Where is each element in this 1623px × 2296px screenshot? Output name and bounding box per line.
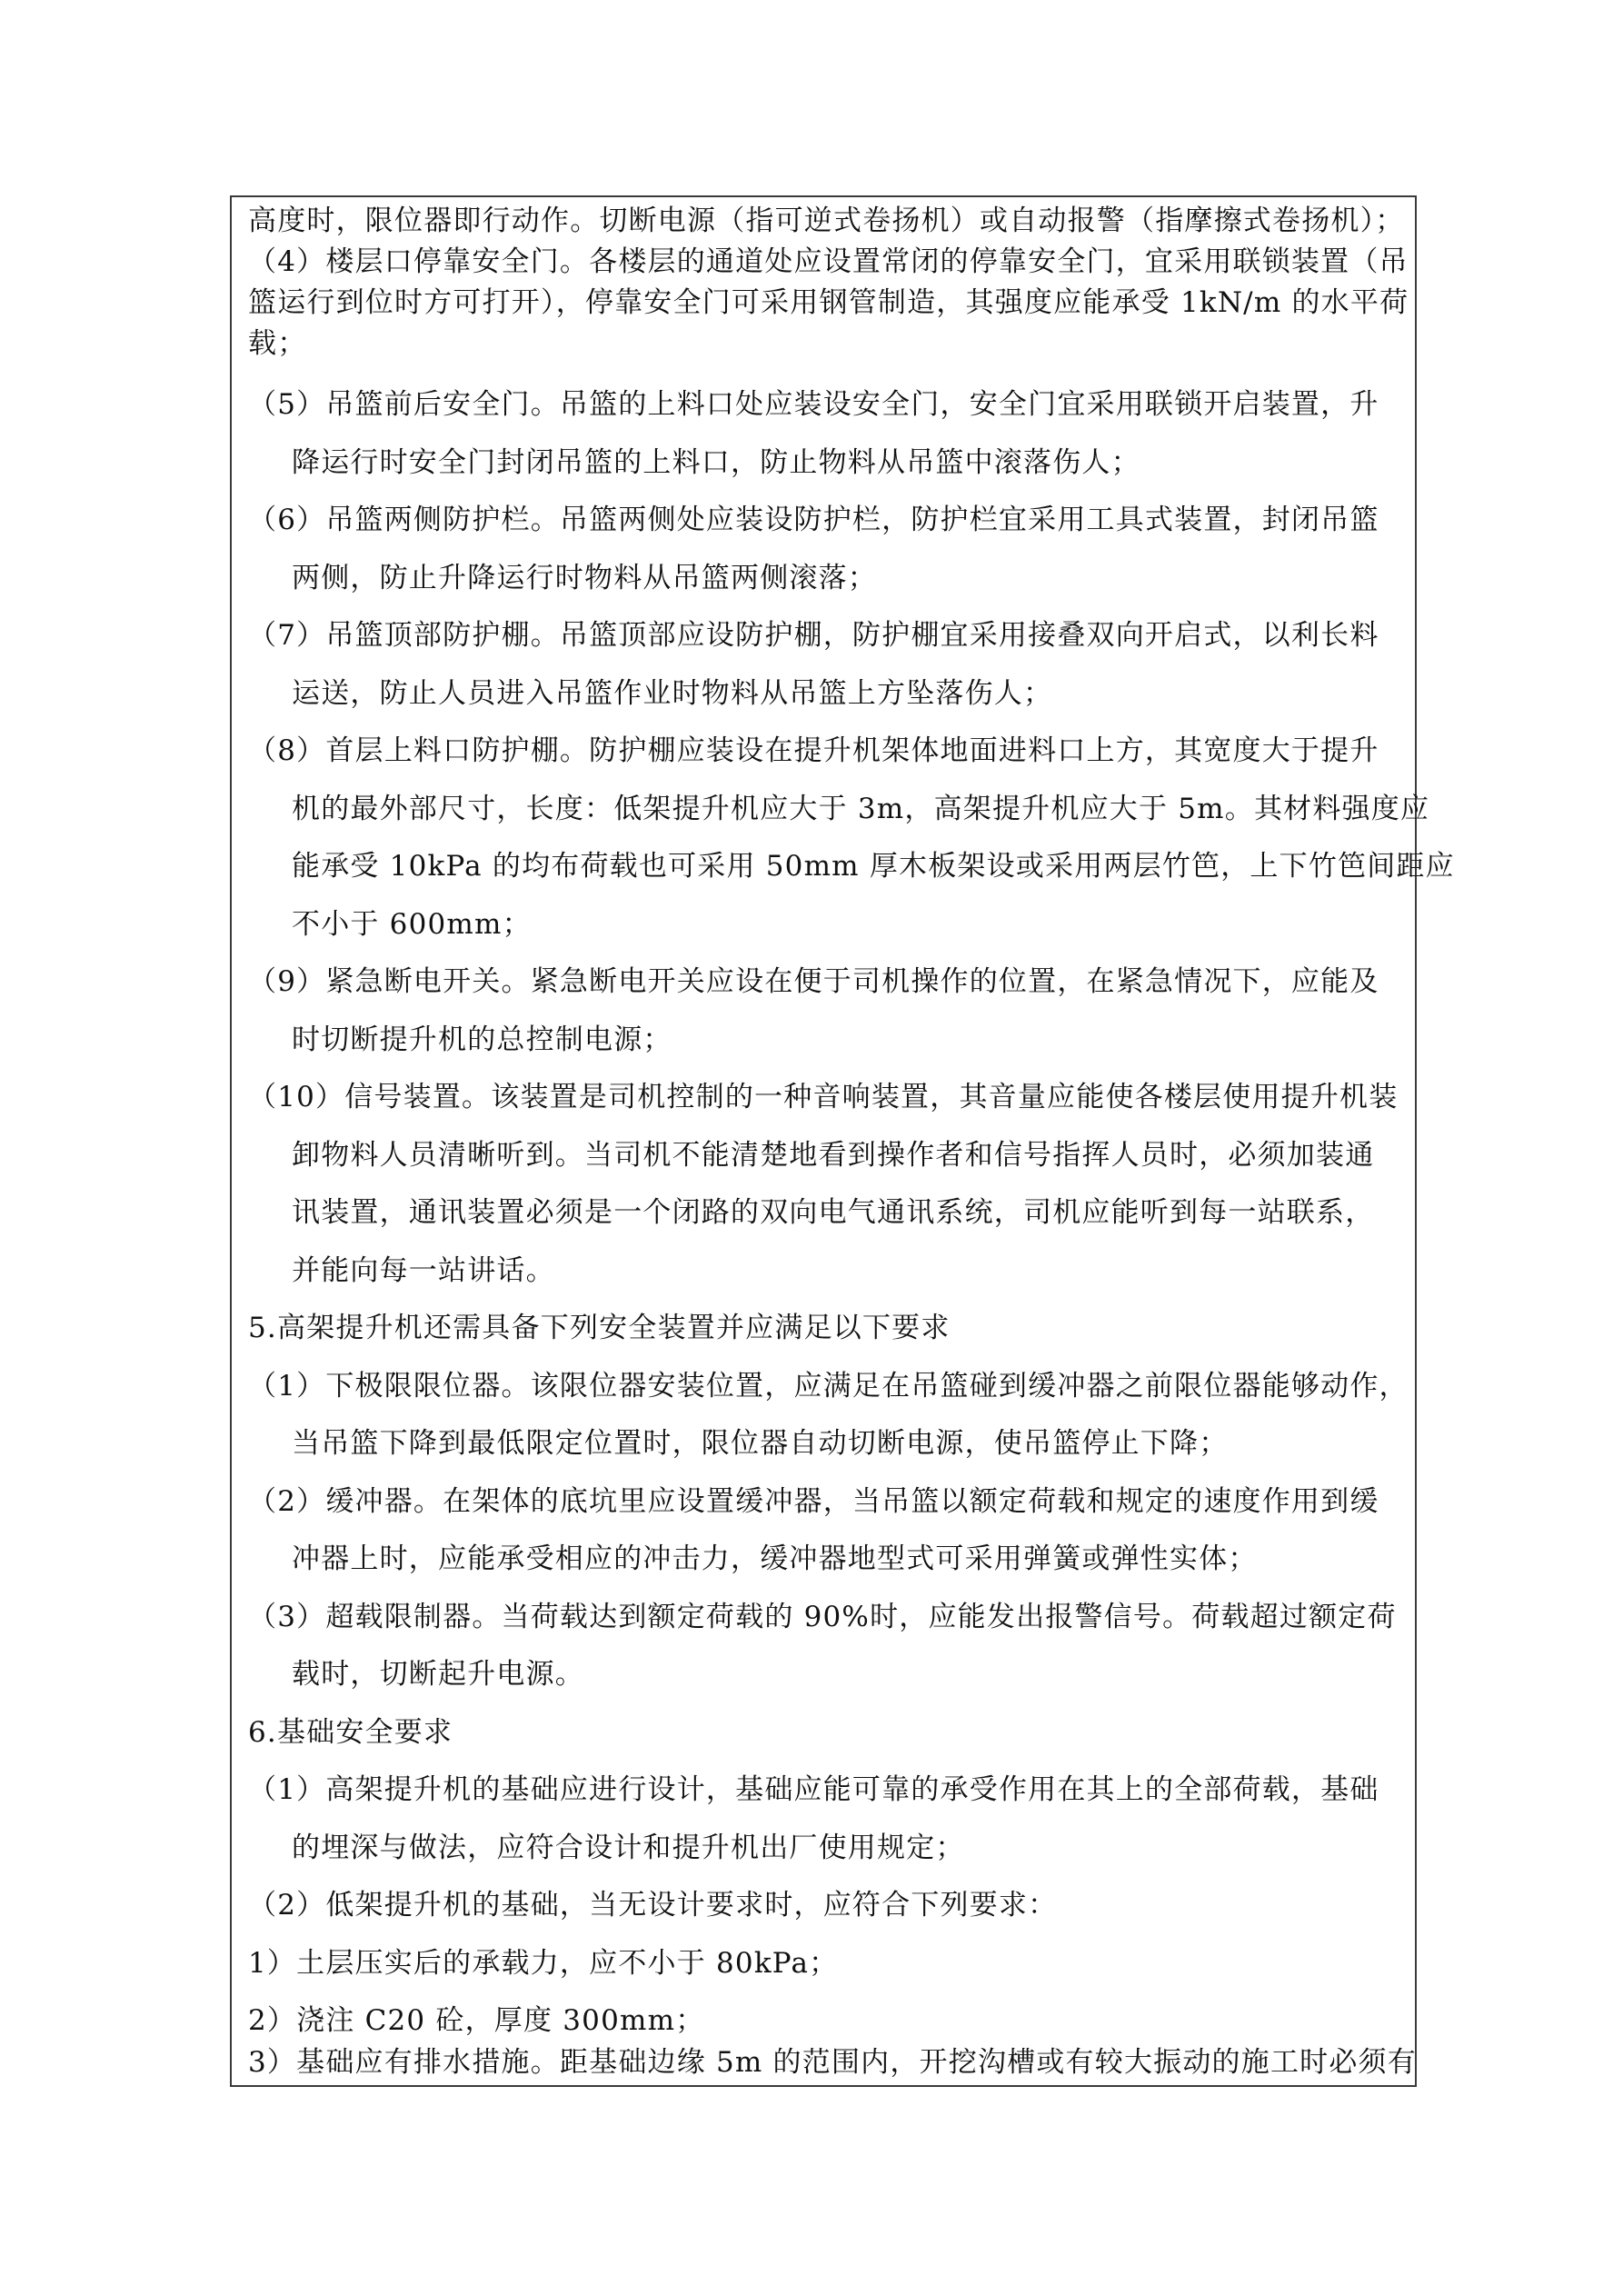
subitem-3-drainage: 3）基础应有排水措施。距基础边缘 5m 的范围内，开挖沟槽或有较大振动的施工时必… [248, 2044, 1417, 2081]
subitem-2-concrete: 2）浇注 C20 砼，厚度 300mm； [248, 2002, 704, 2039]
text-line: 的埋深与做法，应符合设计和提升机出厂使用规定； [292, 1830, 965, 1866]
item-1-lower-limit: （1）下极限限位器。该限位器安装位置，应满足在吊篮碰到缓冲器之前限位器能够动作， [248, 1368, 1409, 1404]
item-4-floor-door: （4）楼层口停靠安全门。各楼层的通道处应设置常闭的停靠安全门，宜采用联锁装置（吊 [248, 244, 1409, 280]
item-1-high-frame-foundation: （1）高架提升机的基础应进行设计，基础应能可靠的承受作用在其上的全部荷载，基础 [248, 1772, 1379, 1808]
text-line: 两侧，防止升降运行时物料从吊篮两侧滚落； [292, 560, 877, 596]
item-6-side-rails: （6）吊篮两侧防护栏。吊篮两侧处应装设防护栏，防护栏宜采用工具式装置，封闭吊篮 [248, 502, 1379, 538]
item-8-ground-shed: （8）首层上料口防护棚。防护棚应装设在提升机架体地面进料口上方，其宽度大于提升 [248, 733, 1379, 769]
text-line-continuation: 高度时，限位器即行动作。切断电源（指可逆式卷扬机）或自动报警（指摩擦式卷扬机）； [248, 203, 1405, 239]
item-10-signal-device: （10）信号装置。该装置是司机控制的一种音响装置，其音量应能使各楼层使用提升机装 [248, 1079, 1398, 1115]
text-line: 载； [248, 325, 306, 362]
text-line: 机的最外部尺寸，长度：低架提升机应大于 3m，高架提升机应大于 5m。其材料强度… [292, 791, 1429, 827]
section-5-heading: 5.高架提升机还需具备下列安全装置并应满足以下要求 [248, 1310, 951, 1346]
item-5-cage-doors: （5）吊篮前后安全门。吊篮的上料口处应装设安全门，安全门宜采用联锁开启装置，升 [248, 386, 1379, 423]
text-line: 降运行时安全门封闭吊篮的上料口，防止物料从吊篮中滚落伤人； [292, 444, 1140, 481]
item-2-buffer: （2）缓冲器。在架体的底坑里应设置缓冲器，当吊篮以额定荷载和规定的速度作用到缓 [248, 1483, 1379, 1520]
document-table-cell: 高度时，限位器即行动作。切断电源（指可逆式卷扬机）或自动报警（指摩擦式卷扬机）；… [230, 195, 1417, 2087]
subitem-1-soil-capacity: 1）土层压实后的承载力，应不小于 80kPa； [248, 1945, 838, 1982]
text-line: 载时，切断起升电源。 [292, 1656, 584, 1692]
text-line: 篮运行到位时方可打开），停靠安全门可采用钢管制造，其强度应能承受 1kN/m 的… [248, 285, 1409, 321]
item-2-low-frame-foundation: （2）低架提升机的基础，当无设计要求时，应符合下列要求： [248, 1887, 1057, 1923]
item-7-top-shed: （7）吊篮顶部防护棚。吊篮顶部应设防护棚，防护棚宜采用接叠双向开启式，以利长料 [248, 617, 1379, 654]
text-line: 运送，防止人员进入吊篮作业时物料从吊篮上方坠落伤人； [292, 675, 1052, 712]
section-6-heading: 6.基础安全要求 [248, 1714, 453, 1751]
text-line: 冲器上时，应能承受相应的冲击力，缓冲器地型式可采用弹簧或弹性实体； [292, 1541, 1258, 1577]
item-9-emergency-switch: （9）紧急断电开关。紧急断电开关应设在便于司机操作的位置，在紧急情况下，应能及 [248, 963, 1379, 1000]
text-line: 当吊篮下降到最低限定位置时，限位器自动切断电源，使吊篮停止下降； [292, 1425, 1228, 1462]
text-line: 不小于 600mm； [292, 906, 532, 943]
text-line: 讯装置，通讯装置必须是一个闭路的双向电气通讯系统，司机应能听到每一站联系， [292, 1194, 1374, 1231]
text-line: 卸物料人员清晰听到。当司机不能清楚地看到操作者和信号指挥人员时，必须加装通 [292, 1137, 1374, 1173]
text-line: 时切断提升机的总控制电源； [292, 1022, 672, 1058]
text-line: 能承受 10kPa 的均布荷载也可采用 50mm 厚木板架设或采用两层竹笆，上下… [292, 848, 1455, 884]
text-line: 并能向每一站讲话。 [292, 1253, 555, 1289]
item-3-overload-limiter: （3）超载限制器。当荷载达到额定荷载的 90%时，应能发出报警信号。荷载超过额定… [248, 1599, 1397, 1635]
